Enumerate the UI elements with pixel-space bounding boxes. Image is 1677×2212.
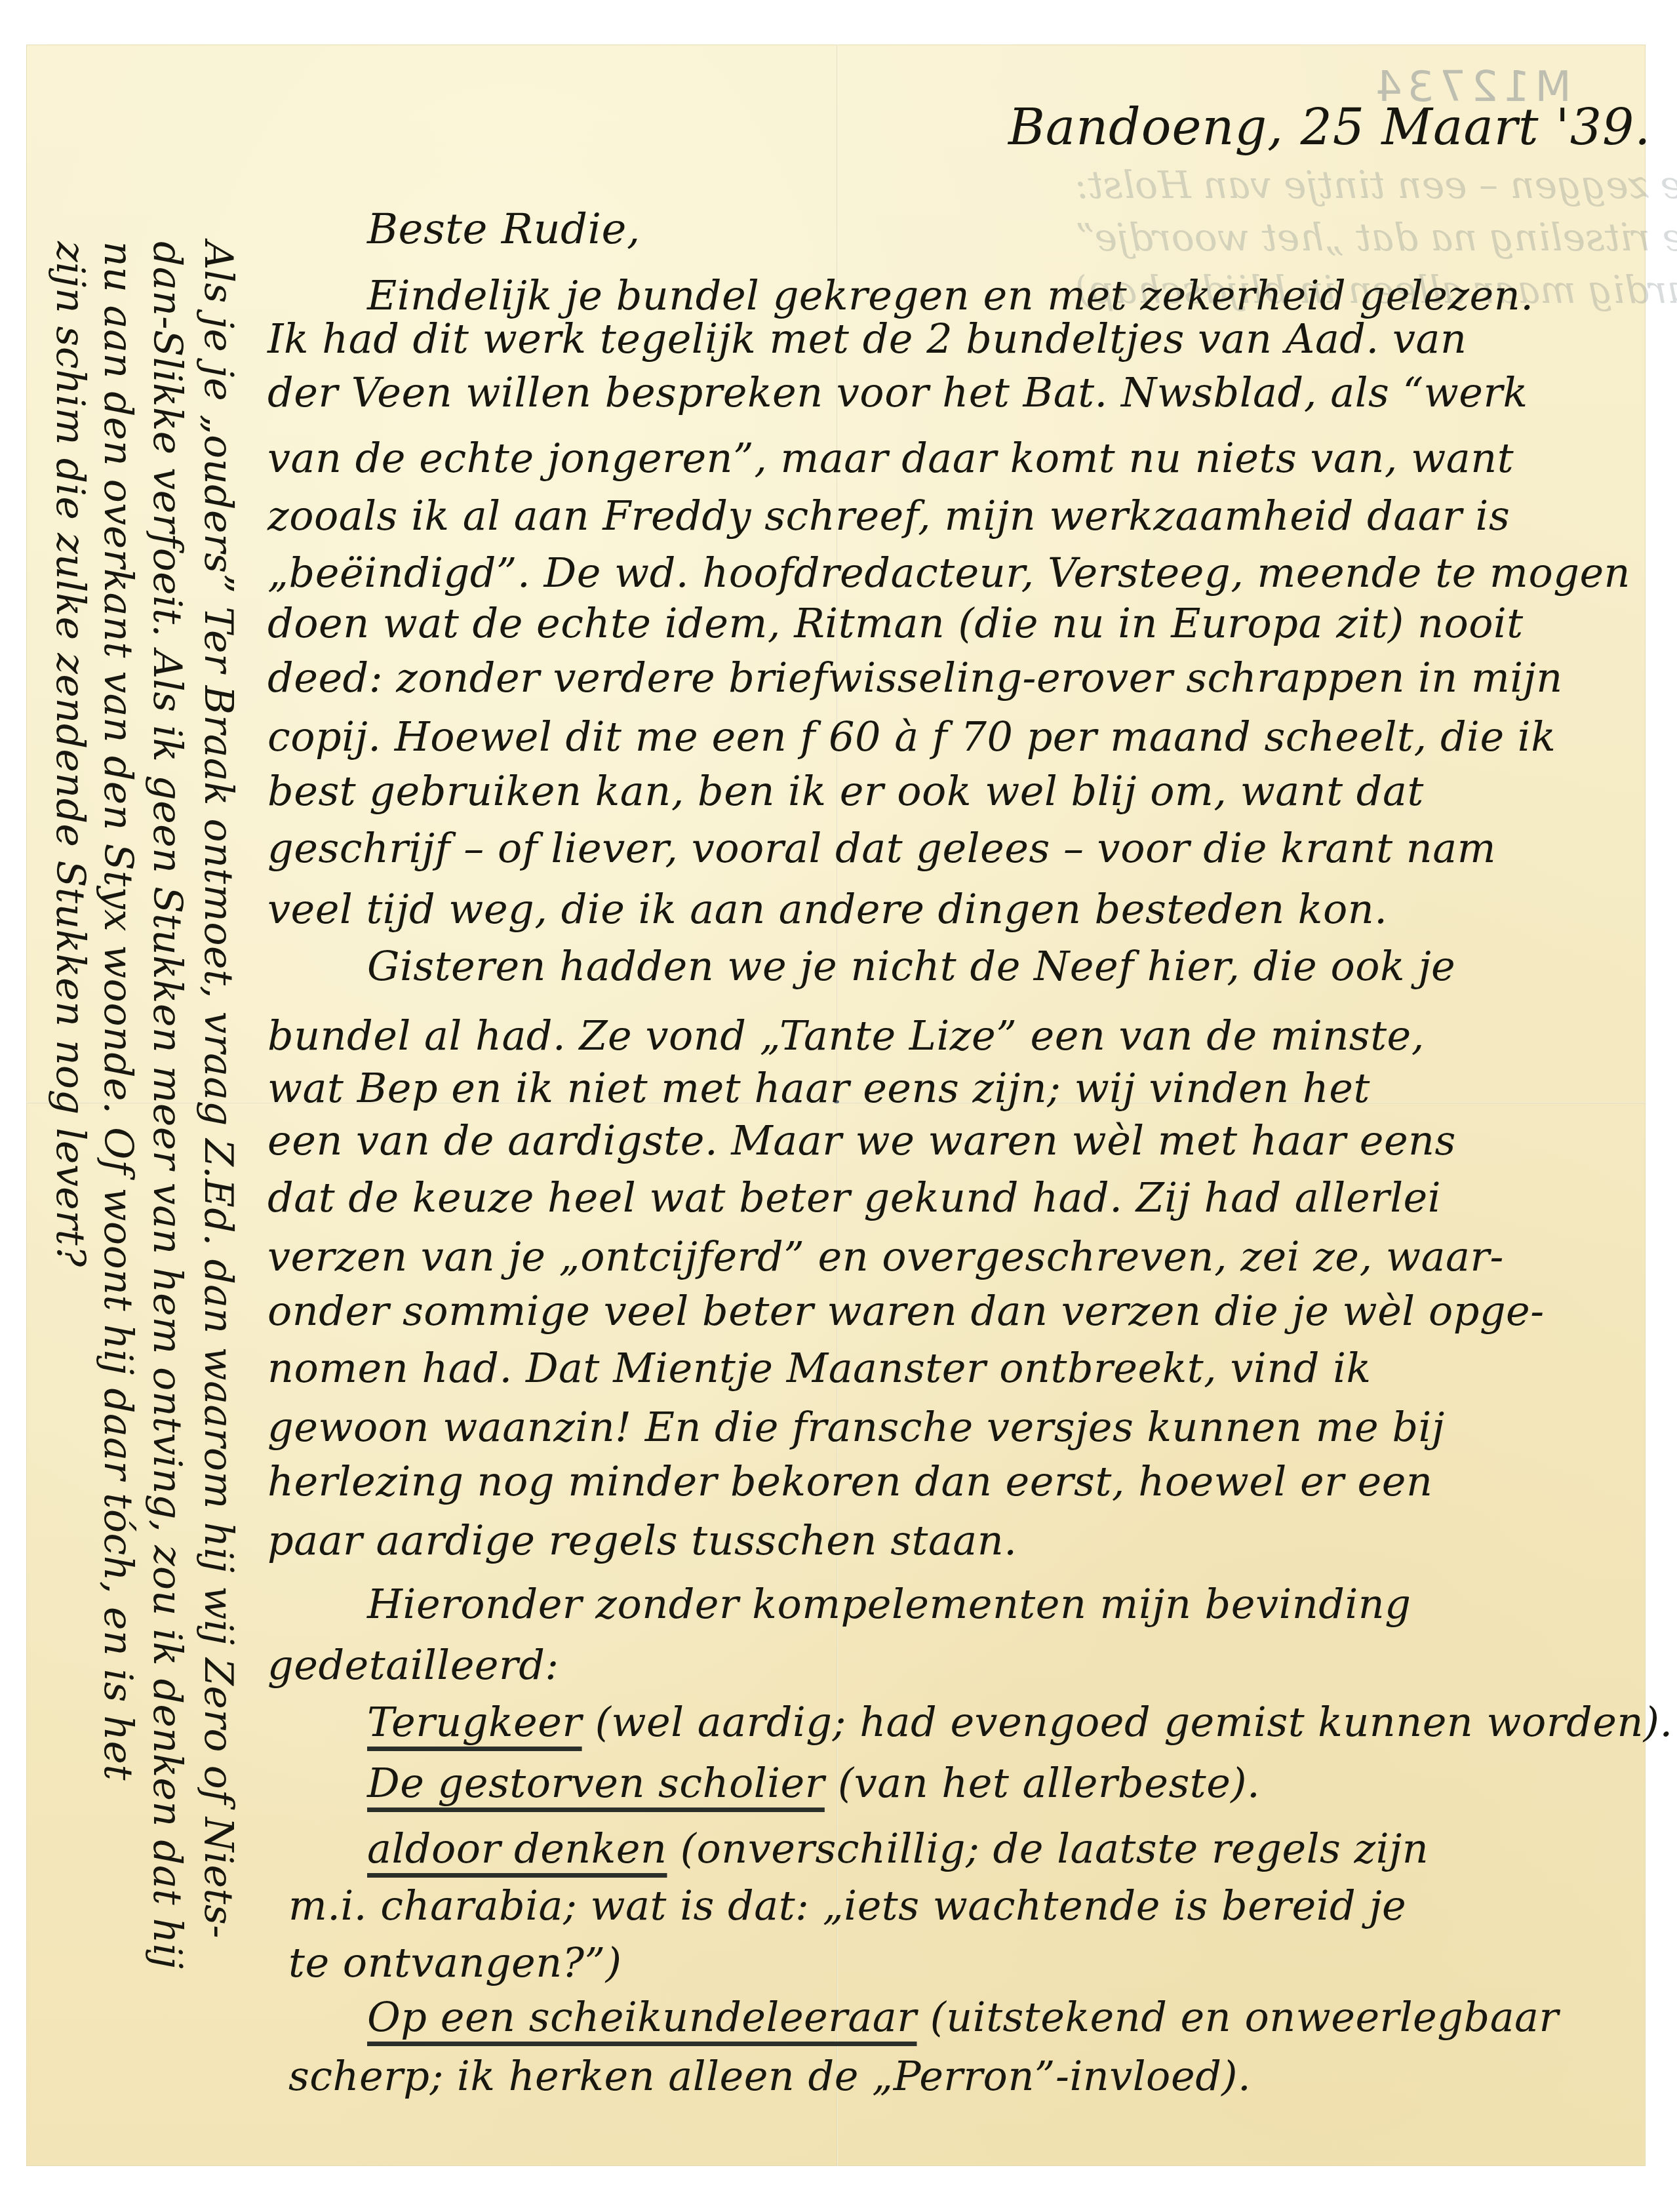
- letter-line: gedetailleerd:: [267, 1645, 559, 1686]
- letter-line: dat de keuze heel wat beter gekund had. …: [267, 1177, 1441, 1218]
- letter-line: wat Bep en ik niet met haar eens zijn; w…: [267, 1068, 1370, 1109]
- poem-title: Terugkeer: [367, 1698, 582, 1746]
- poem-comment: (onverschillig; de laatste regels zijn: [667, 1825, 1429, 1872]
- letter-line: der Veen willen bespreken voor het Bat. …: [267, 372, 1528, 413]
- margin-note-line: Als je je „ouders” Ter Braak ontmoet, vr…: [195, 241, 241, 1939]
- margin-note-line: dan-Slikke verfoeit. Als ik geen Stukken…: [144, 241, 190, 1969]
- letter-line: zooals ik al aan Freddy schreef, mijn we…: [267, 496, 1510, 536]
- letter-line: van de echte jongeren”, maar daar komt n…: [267, 438, 1514, 479]
- letter-line: Hieronder zonder kompelementen mijn bevi…: [367, 1584, 1411, 1625]
- poem-review-aldoor: aldoor denken (onverschillig; de laatste…: [367, 1828, 1429, 1869]
- poem-title: aldoor denken: [367, 1825, 667, 1872]
- poem-comment: (wel aardig; had evengoed gemist kunnen …: [582, 1698, 1673, 1746]
- letter-line: verzen van je „ontcijferd” en overgeschr…: [267, 1236, 1504, 1277]
- letter-line: onder sommige veel beter waren dan verze…: [267, 1291, 1545, 1332]
- letter-line: copij. Hoewel dit me een f 60 à f 70 per…: [267, 717, 1556, 757]
- show-through-text: après tout, wat die ritseling na dat „he…: [1075, 215, 1677, 260]
- letter-line: geschrijf – of liever, vooral dat gelees…: [267, 828, 1496, 869]
- poem-comment: (uitstekend en onweerlegbaar: [917, 1993, 1558, 2041]
- salutation: Beste Rudie,: [367, 208, 641, 250]
- letter-line: deed: zonder verdere briefwisseling-erov…: [267, 658, 1563, 698]
- letter-line: nomen had. Dat Mientje Maanster ontbreek…: [267, 1348, 1371, 1389]
- letter-line: Gisteren hadden we je nicht de Neef hier…: [367, 946, 1455, 987]
- letter-line: te ontvangen?”): [288, 1943, 621, 1983]
- letter-line: m.i. charabia; wat is dat: „iets wachten…: [288, 1886, 1406, 1926]
- letter-line: veel tijd weg, die ik aan andere dingen …: [267, 889, 1387, 930]
- show-through-text: Verder (om niets van te zeggen – een tin…: [1075, 163, 1677, 207]
- margin-note: Als je je „ouders” Ter Braak ontmoet, vr…: [52, 241, 302, 2024]
- place-date: Bandoeng, 25 Maart '39.: [1008, 102, 1651, 152]
- poem-comment: (van het allerbeste).: [825, 1759, 1260, 1807]
- poem-review-terugkeer: Terugkeer (wel aardig; had evengoed gemi…: [367, 1702, 1673, 1743]
- letter-line: herlezing nog minder bekoren dan eerst, …: [267, 1461, 1432, 1502]
- margin-note-line: zijn schim die zulke zendende Stukken no…: [47, 241, 93, 1267]
- poem-review-scheikunde: Op een scheikundeleeraar (uitstekend en …: [367, 1997, 1559, 2038]
- poem-review-scholier: De gestorven scholier (van het allerbest…: [367, 1763, 1260, 1804]
- letter-line: doen wat de echte idem, Ritman (die nu i…: [267, 603, 1524, 644]
- letter-paper: Verder (om niets van te zeggen – een tin…: [26, 45, 1646, 2166]
- poem-title: Op een scheikundeleeraar: [367, 1993, 917, 2041]
- letter-line: paar aardige regels tusschen staan.: [267, 1520, 1017, 1561]
- letter-line: „beëindigd”. De wd. hoofdredacteur, Vers…: [267, 553, 1630, 593]
- letter-line: bundel al had. Ze vond „Tante Lize” een …: [267, 1016, 1425, 1056]
- margin-note-line: nu aan den overkant van den Styx woonde.…: [95, 241, 141, 1781]
- letter-line: Eindelijk je bundel gekregen en met zeke…: [367, 275, 1533, 316]
- poem-title: De gestorven scholier: [367, 1759, 825, 1807]
- letter-line: best gebruiken kan, ben ik er ook wel bl…: [267, 771, 1424, 812]
- letter-line: scherp; ik herken alleen de „Perron”-inv…: [288, 2056, 1251, 2097]
- letter-line: Ik had dit werk tegelijk met de 2 bundel…: [267, 319, 1467, 359]
- letter-line: gewoon waanzin! En die fransche versjes …: [267, 1407, 1445, 1448]
- letter-line: een van de aardigste. Maar we waren wèl …: [267, 1120, 1456, 1161]
